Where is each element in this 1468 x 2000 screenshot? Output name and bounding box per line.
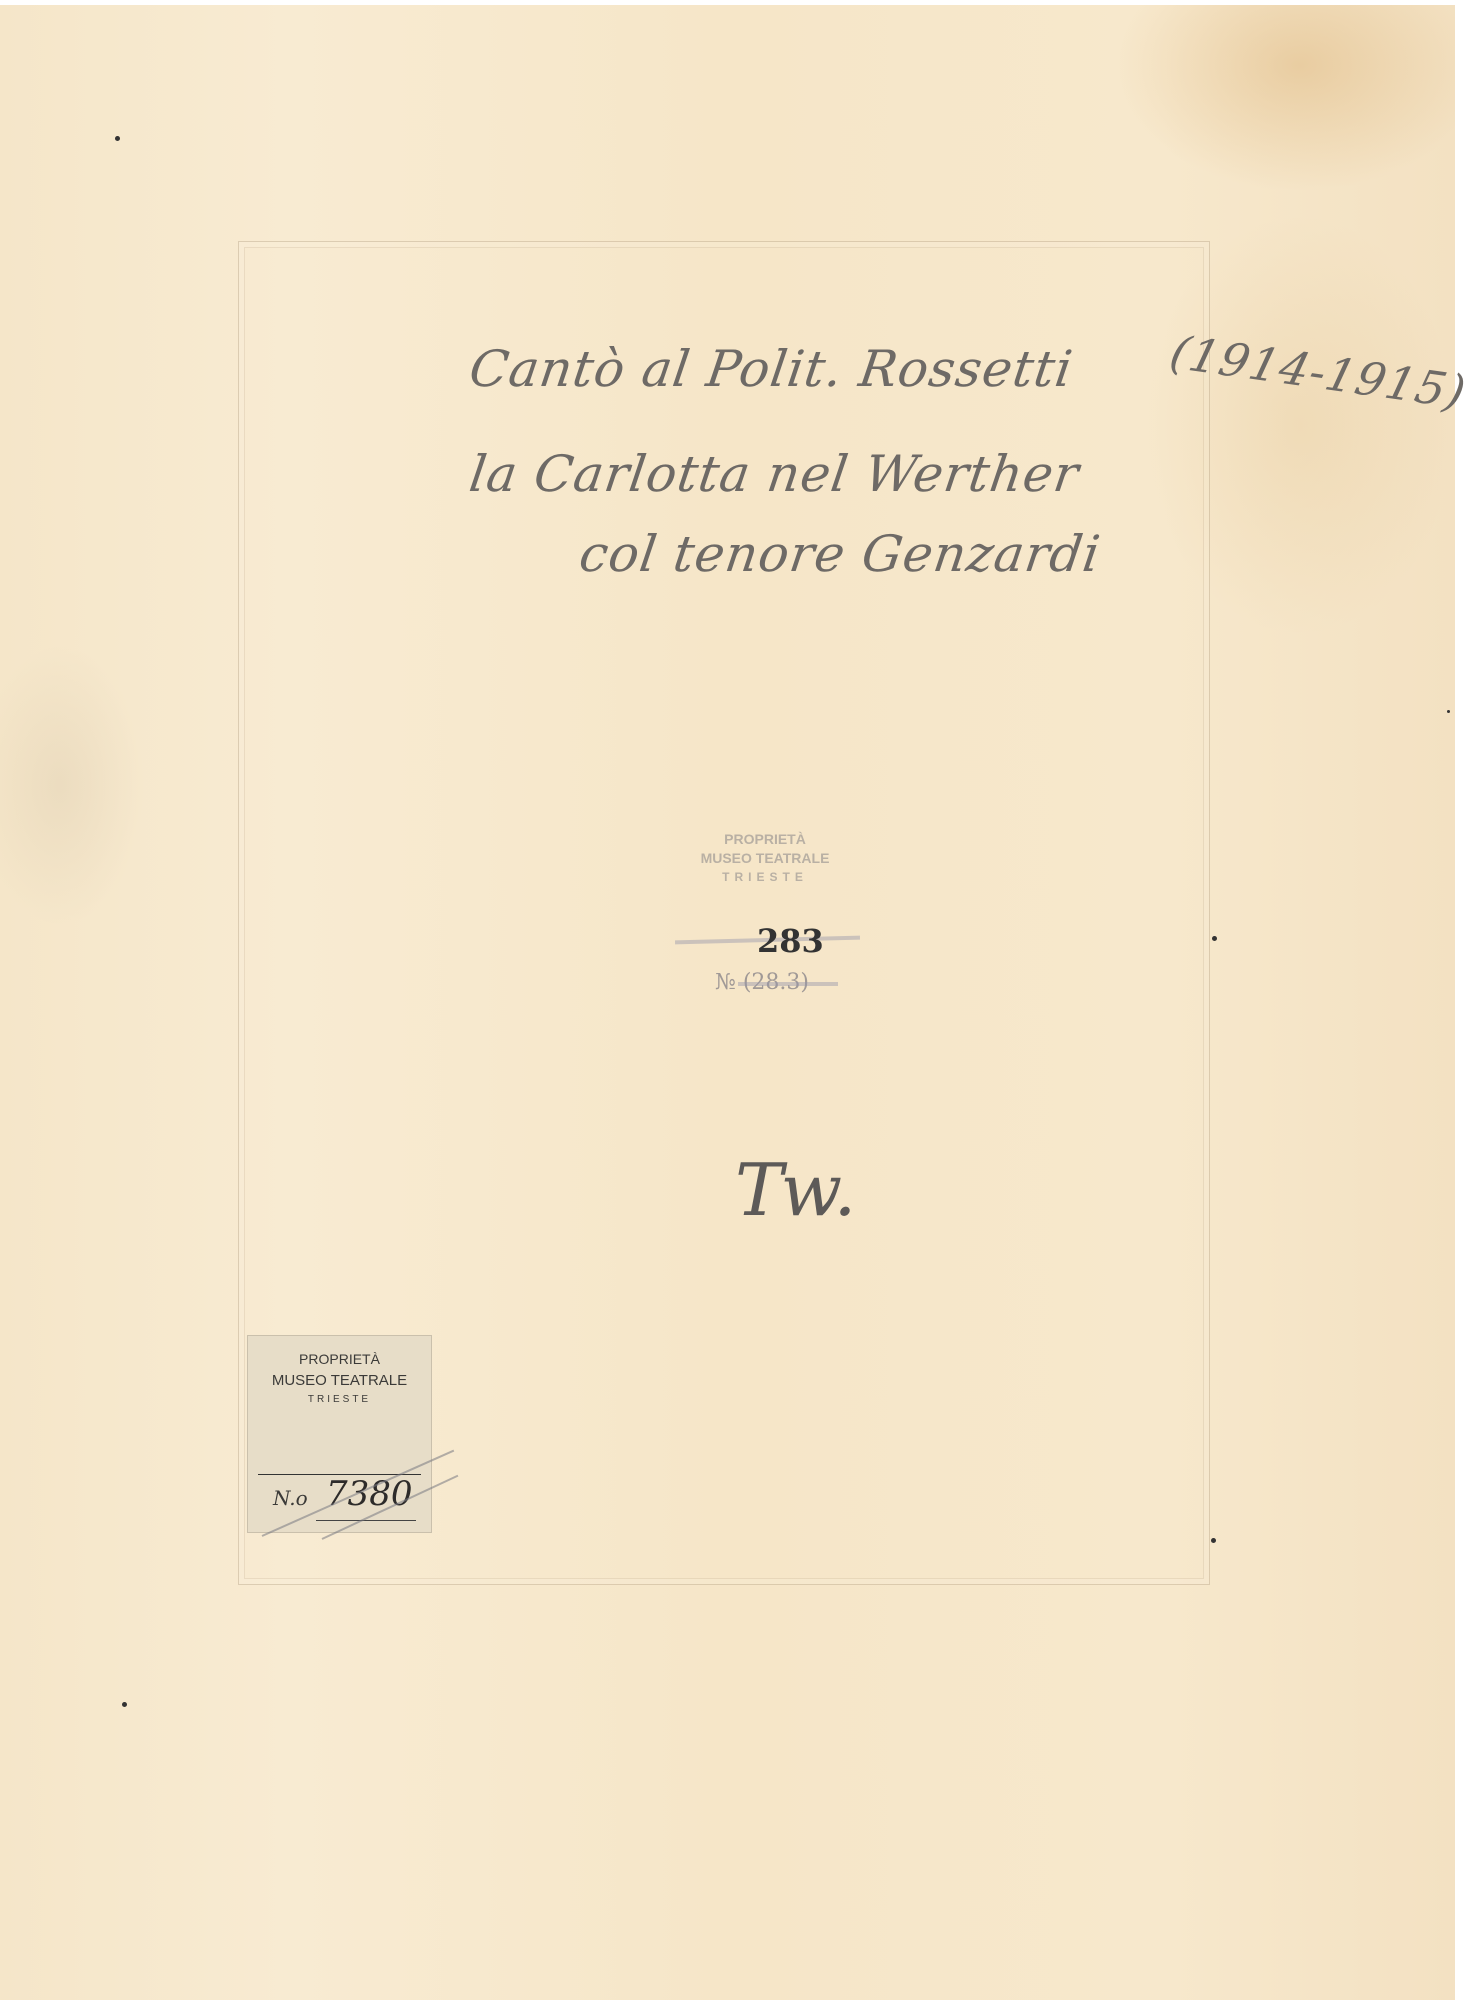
label-line-3: TRIESTE [248, 1394, 431, 1405]
label-line-2: MUSEO TEATRALE [248, 1372, 431, 1389]
handwritten-line-2: la Carlotta nel Werther [466, 445, 1083, 503]
spot [122, 1702, 127, 1707]
label-number-prefix: N.o [273, 1486, 308, 1510]
spot [1447, 710, 1450, 713]
label-number: 7380 [326, 1474, 413, 1514]
initials-mark: Tw. [735, 1148, 856, 1232]
stamp-line-3: TRIESTE [680, 868, 850, 887]
inventory-number: 283 [757, 922, 824, 960]
stamp-line-2: MUSEO TEATRALE [680, 849, 850, 868]
museum-property-label: PROPRIETÀ MUSEO TEATRALE TRIESTE N.o 738… [247, 1335, 432, 1533]
spot [1211, 1538, 1216, 1543]
label-number-underline [316, 1520, 416, 1521]
label-line-1: PROPRIETÀ [248, 1351, 431, 1367]
faint-ownership-stamp: PROPRIETÀ MUSEO TEATRALE TRIESTE [680, 830, 850, 887]
number-sign: № [715, 970, 736, 995]
handwritten-line-3: col tenore Genzardi [576, 525, 1104, 583]
spot [115, 136, 120, 141]
strike-line-bottom [738, 982, 838, 986]
handwritten-line-1: Cantò al Polit. Rossetti [466, 340, 1077, 398]
spot [1212, 936, 1217, 941]
stamp-line-1: PROPRIETÀ [680, 830, 850, 849]
